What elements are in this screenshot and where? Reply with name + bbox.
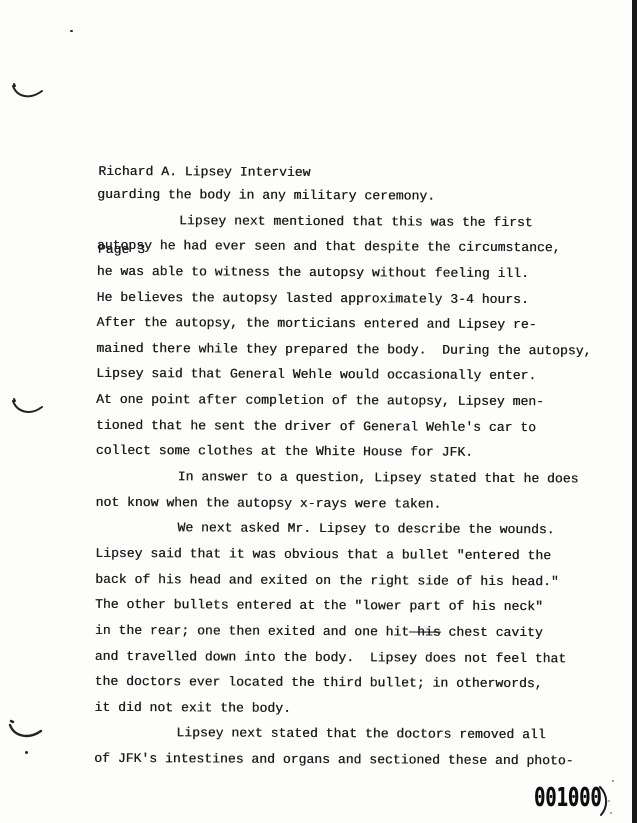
text-segment: autopsy he had ever seen and that despit…: [97, 238, 561, 255]
text-line: the doctors ever located the third bulle…: [95, 669, 620, 697]
text-segment: Lipsey said that General Wehle would occ…: [96, 366, 536, 383]
text-line: We next asked Mr. Lipsey to describe the…: [95, 515, 620, 543]
text-segment: tioned that he sent the driver of Genera…: [96, 418, 536, 435]
text-segment: not know when the autopsy x-rays were ta…: [95, 495, 441, 512]
text-segment: In answer to a question, Lipsey stated t…: [178, 469, 579, 486]
text-line: it did not exit the body.: [94, 695, 619, 723]
text-line: tioned that he sent the driver of Genera…: [96, 413, 621, 441]
text-line: Lipsey next stated that the doctors remo…: [94, 720, 619, 748]
document-body: guarding the body in any military ceremo…: [94, 182, 622, 774]
page-content: Richard A. Lipsey Interview Page 3 guard…: [0, 0, 637, 823]
text-segment: of JFK's intestines and organs and secti…: [94, 751, 573, 769]
text-segment: Lipsey next stated that the doctors remo…: [176, 726, 545, 743]
text-line: At one point after completion of the aut…: [96, 387, 621, 415]
text-line: mained there while they prepared the bod…: [96, 336, 621, 364]
text-segment: The other bullets entered at the "lower …: [95, 597, 543, 614]
text-line: he was able to witness the autopsy witho…: [97, 259, 622, 287]
text-segment: Lipsey next mentioned that this was the …: [179, 213, 533, 230]
text-line: collect some clothes at the White House …: [96, 438, 621, 466]
text-segment: Lipsey said that it was obvious that a b…: [95, 546, 551, 563]
text-segment: it did not exit the body.: [94, 700, 291, 716]
struck-text: his: [409, 624, 441, 639]
text-segment: and travelled down into the body. Lipsey…: [95, 648, 567, 665]
text-line: Lipsey said that General Wehle would occ…: [96, 361, 621, 389]
text-line: in the rear; one then exited and one hit…: [95, 618, 620, 646]
text-segment: the doctors ever located the third bulle…: [95, 674, 543, 691]
text-line: not know when the autopsy x-rays were ta…: [95, 490, 620, 518]
ink-speck: [25, 751, 28, 754]
text-line: He believes the autopsy lasted approxima…: [97, 284, 622, 312]
ink-speck: [608, 800, 610, 802]
text-line: The other bullets entered at the "lower …: [95, 592, 620, 620]
text-line: In answer to a question, Lipsey stated t…: [96, 464, 621, 492]
text-segment: At one point after completion of the aut…: [96, 392, 544, 409]
text-segment: He believes the autopsy lasted approxima…: [97, 289, 529, 306]
text-segment: he was able to witness the autopsy witho…: [97, 264, 529, 281]
ink-speck: [612, 780, 614, 782]
pen-mark: [10, 395, 46, 421]
ink-speck: [610, 812, 612, 814]
ink-speck: [70, 30, 73, 32]
text-segment: guarding the body in any military ceremo…: [97, 187, 435, 204]
page-stamp: 001000: [534, 783, 602, 813]
text-line: back of his head and exited on the right…: [95, 566, 620, 594]
text-line: and travelled down into the body. Lipsey…: [95, 643, 620, 671]
text-segment: We next asked Mr. Lipsey to describe the…: [177, 521, 554, 538]
pen-mark: [10, 80, 46, 106]
scanned-document-page: { "document": { "header": { "line1": "Ri…: [0, 0, 637, 823]
text-line: Lipsey said that it was obvious that a b…: [95, 541, 620, 569]
text-line: Lipsey next mentioned that this was the …: [97, 207, 622, 235]
text-line: of JFK's intestines and organs and secti…: [94, 746, 619, 774]
text-line: guarding the body in any military ceremo…: [97, 182, 622, 210]
text-line: After the autopsy, the morticians entere…: [96, 310, 621, 338]
text-segment: in the rear; one then exited and one hit: [95, 623, 409, 640]
text-segment: back of his head and exited on the right…: [95, 571, 559, 588]
text-segment: mained there while they prepared the bod…: [96, 341, 591, 359]
text-line: autopsy he had ever seen and that despit…: [97, 233, 622, 261]
text-segment: After the autopsy, the morticians entere…: [96, 315, 536, 332]
pen-mark: [6, 718, 46, 746]
text-segment: chest cavity: [441, 625, 543, 641]
text-segment: collect some clothes at the White House …: [96, 443, 473, 460]
